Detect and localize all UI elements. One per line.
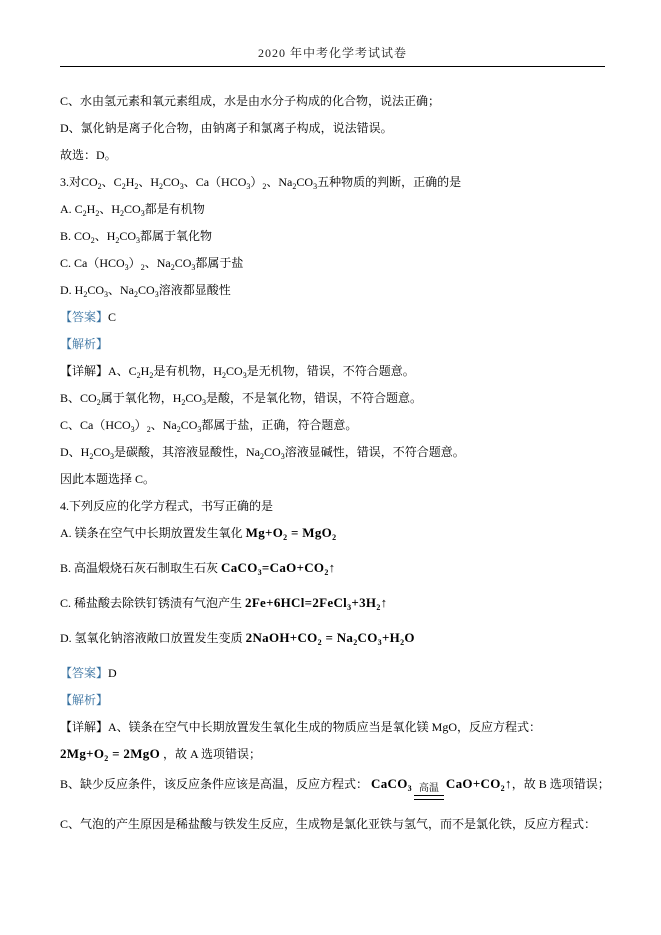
q3-detail-d: D、H2CO3是碳酸，其溶液显酸性，Na2CO3溶液显碱性，错误，不符合题意。 — [60, 442, 611, 462]
q4-option-d: D. 氢氧化钠溶液敞口放置发生变质 2NaOH+CO2 = Na2CO3+H2O — [60, 628, 611, 648]
q2-explain-option-d: D、氯化钠是离子化合物，由钠离子和氯离子构成，说法错误。 — [60, 118, 611, 138]
text-span: A. C2H2、H2CO3都是有机物 — [60, 202, 205, 216]
section-marker: 【解析】 — [60, 337, 108, 351]
exam-document-page: 2020 年中考化学考试试卷 C、水由氢元素和氧元素组成，水是由水分子构成的化合… — [0, 0, 661, 935]
q4-detail-b: B、缺少反应条件，该反应条件应该是高温，反应方程式： CaCO3高温CaO+CO… — [60, 774, 611, 800]
text-span: B. CO2、H2CO3都属于氧化物 — [60, 229, 212, 243]
q4-detail-a-equation: 2Mg+O2 = 2MgO ，故 A 选项错误； — [60, 744, 611, 764]
q3-option-c: C. Ca（HCO3）2、Na2CO3都属于盐 — [60, 253, 611, 273]
text-span: 【详解】A、C2H2是有机物，H2CO3是无机物，错误，不符合题意。 — [60, 364, 415, 378]
chemical-equation: Mg+O2 = MgO2 — [246, 525, 337, 540]
question-3-stem: 3.对CO2、C2H2、H2CO3、Ca（HCO3）2、Na2CO3五种物质的判… — [60, 172, 611, 192]
chemical-equation: CaO+CO2↑ — [446, 776, 512, 791]
chemical-equation: 2Mg+O2 = 2MgO — [60, 746, 160, 761]
text-span: C、Ca（HCO3）2、Na2CO3都属于盐，正确，符合题意。 — [60, 418, 357, 432]
text-span: 因此本题选择 C。 — [60, 472, 155, 486]
q3-detail-c: C、Ca（HCO3）2、Na2CO3都属于盐，正确，符合题意。 — [60, 415, 611, 435]
q2-conclusion: 故选：D。 — [60, 145, 611, 165]
text-span: 3.对CO2、C2H2、H2CO3、Ca（HCO3）2、Na2CO3五种物质的判… — [60, 175, 461, 189]
text-span: D. 氢氧化钠溶液敞口放置发生变质 — [60, 631, 246, 645]
text-span: 【详解】A、镁条在空气中长期放置发生氧化生成的物质应当是氧化镁 MgO，反应方程… — [60, 720, 541, 734]
q4-option-a: A. 镁条在空气中长期放置发生氧化 Mg+O2 = MgO2 — [60, 523, 611, 543]
q4-answer: 【答案】D — [60, 663, 611, 683]
q3-option-a: A. C2H2、H2CO3都是有机物 — [60, 199, 611, 219]
q4-option-c: C. 稀盐酸去除铁钉锈渍有气泡产生 2Fe+6HCl=2FeCl3+3H2↑ — [60, 593, 611, 613]
q4-analysis-label: 【解析】 — [60, 690, 611, 710]
page-title: 2020 年中考化学考试试卷 — [258, 46, 407, 60]
text-span: D、H2CO3是碳酸，其溶液显酸性，Na2CO3溶液显碱性，错误，不符合题意。 — [60, 445, 465, 459]
document-body: C、水由氢元素和氧元素组成，水是由水分子构成的化合物，说法正确；D、氯化钠是离子… — [0, 67, 661, 834]
text-span: C — [108, 310, 116, 324]
text-span: ，故 B 选项错误； — [512, 777, 610, 791]
q3-detail-a: 【详解】A、C2H2是有机物，H2CO3是无机物，错误，不符合题意。 — [60, 361, 611, 381]
text-span: C、气泡的产生原因是稀盐酸与铁发生反应，生成物是氯化亚铁与氢气，而不是氯化铁，反… — [60, 817, 596, 831]
text-span: D、氯化钠是离子化合物，由钠离子和氯离子构成，说法错误。 — [60, 121, 393, 135]
text-span: C. Ca（HCO3）2、Na2CO3都属于盐 — [60, 256, 243, 270]
q3-answer: 【答案】C — [60, 307, 611, 327]
text-span: B. 高温煅烧石灰石制取生石灰 — [60, 561, 221, 575]
q3-conclusion: 因此本题选择 C。 — [60, 469, 611, 489]
text-span: A. 镁条在空气中长期放置发生氧化 — [60, 526, 246, 540]
high-temp-condition-over-equals: 高温 — [414, 783, 444, 800]
text-span: D. H2CO3、Na2CO3溶液都显酸性 — [60, 283, 231, 297]
chemical-equation: 2NaOH+CO2 = Na2CO3+H2O — [246, 630, 415, 645]
q3-analysis-label: 【解析】 — [60, 334, 611, 354]
text-span: D — [108, 666, 117, 680]
page-header: 2020 年中考化学考试试卷 — [60, 0, 605, 67]
text-span: ，故 A 选项错误； — [160, 747, 261, 761]
text-span: C. 稀盐酸去除铁钉锈渍有气泡产生 — [60, 596, 245, 610]
q3-option-b: B. CO2、H2CO3都属于氧化物 — [60, 226, 611, 246]
q3-option-d: D. H2CO3、Na2CO3溶液都显酸性 — [60, 280, 611, 300]
q4-option-b: B. 高温煅烧石灰石制取生石灰 CaCO3=CaO+CO2↑ — [60, 558, 611, 578]
section-marker: 【答案】 — [60, 666, 108, 680]
text-span: B、CO2属于氧化物，H2CO3是酸，不是氧化物，错误，不符合题意。 — [60, 391, 422, 405]
question-4-stem: 4.下列反应的化学方程式，书写正确的是 — [60, 496, 611, 516]
q2-explain-option-c: C、水由氢元素和氧元素组成，水是由水分子构成的化合物，说法正确； — [60, 91, 611, 111]
chemical-equation: CaCO3 — [371, 776, 412, 791]
text-span: C、水由氢元素和氧元素组成，水是由水分子构成的化合物，说法正确； — [60, 94, 440, 108]
chemical-equation: 2Fe+6HCl=2FeCl3+3H2↑ — [245, 595, 387, 610]
text-span: 4.下列反应的化学方程式，书写正确的是 — [60, 499, 273, 513]
text-span: 故选：D。 — [60, 148, 117, 162]
chemical-equation: CaCO3=CaO+CO2↑ — [221, 560, 335, 575]
section-marker: 【答案】 — [60, 310, 108, 324]
double-equals-bar — [414, 795, 444, 800]
q4-detail-c: C、气泡的产生原因是稀盐酸与铁发生反应，生成物是氯化亚铁与氢气，而不是氯化铁，反… — [60, 814, 611, 834]
reaction-condition-label: 高温 — [419, 783, 439, 794]
q4-detail-a-text: 【详解】A、镁条在空气中长期放置发生氧化生成的物质应当是氧化镁 MgO，反应方程… — [60, 717, 611, 737]
section-marker: 【解析】 — [60, 693, 108, 707]
text-span: B、缺少反应条件，该反应条件应该是高温，反应方程式： — [60, 777, 371, 791]
q3-detail-b: B、CO2属于氧化物，H2CO3是酸，不是氧化物，错误，不符合题意。 — [60, 388, 611, 408]
